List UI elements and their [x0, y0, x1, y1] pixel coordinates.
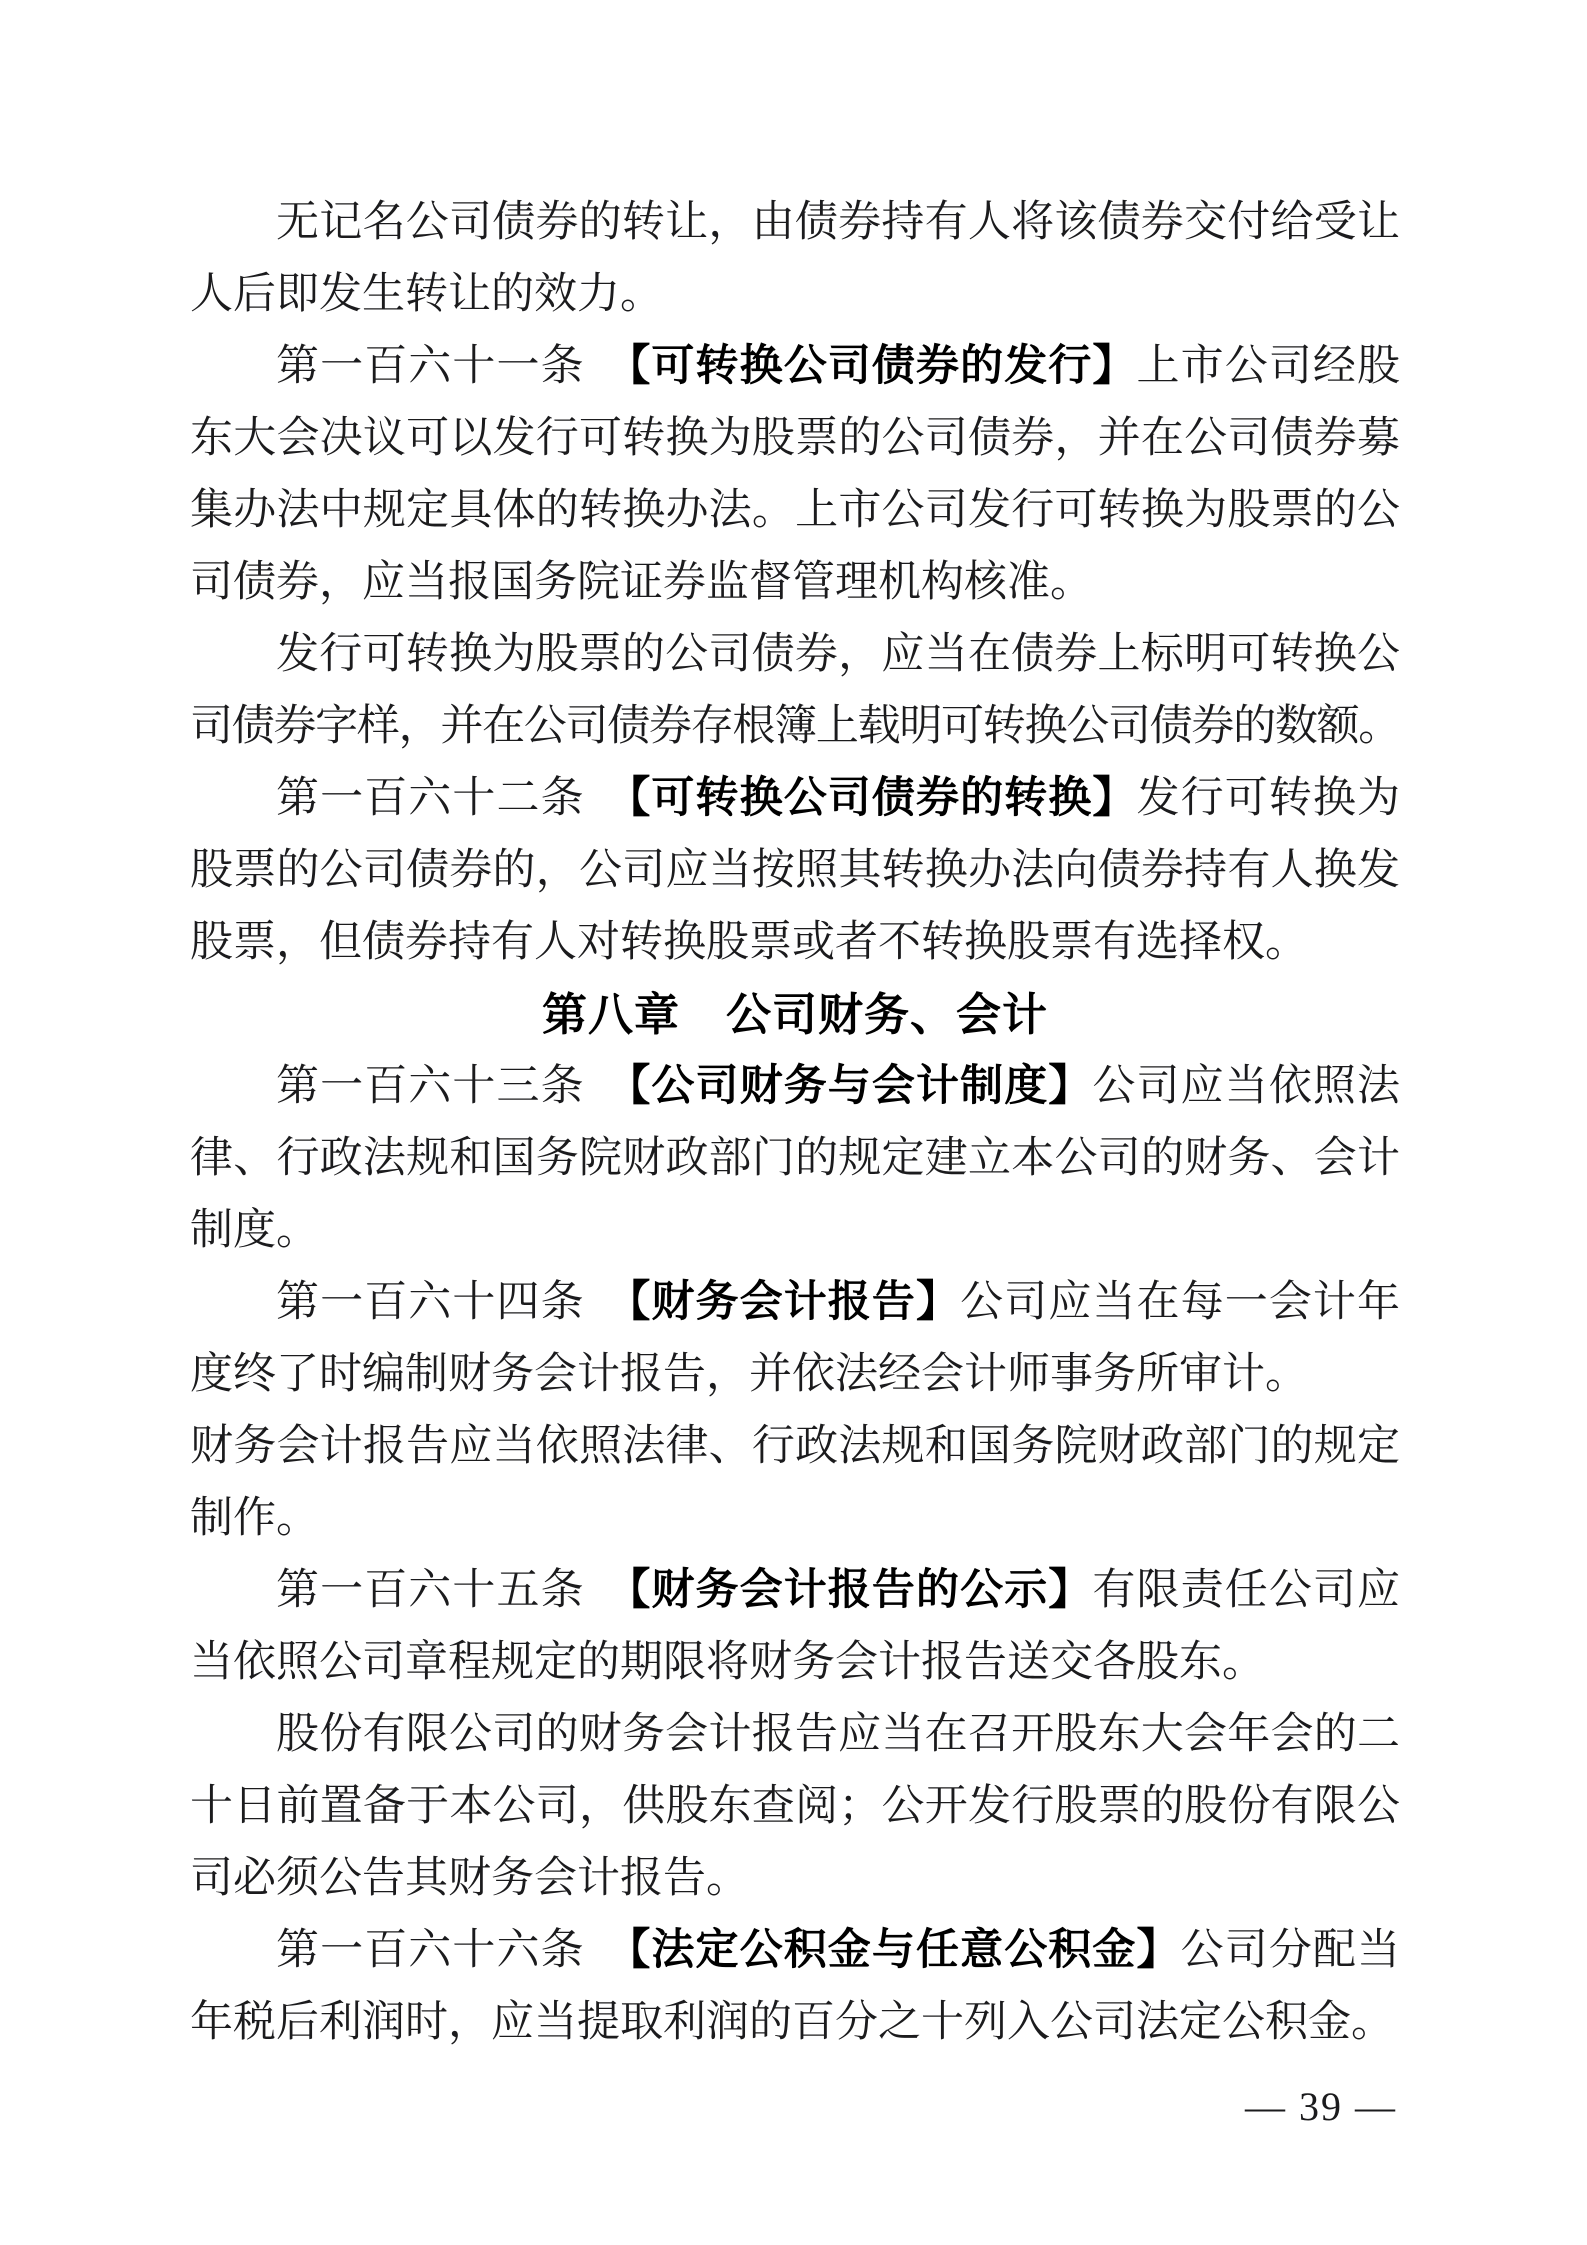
page-number: — 39 —	[1245, 2080, 1397, 2134]
line-text: 公司分配当	[1181, 1927, 1400, 1974]
line-text: 制度。	[190, 1207, 319, 1254]
line-text: 司必须公告其财务会计报告。	[190, 1855, 749, 1902]
text-line: 司债券字样，并在公司债券存根簿上载明可转换公司债券的数额。	[190, 691, 1400, 763]
text-line: 司必须公告其财务会计报告。	[190, 1843, 1400, 1915]
article-title: 【可转换公司债券的发行】	[629, 343, 1137, 390]
text-line: 第一百六十五条 【财务会计报告的公示】有限责任公司应	[190, 1555, 1400, 1627]
text-line: 第一百六十二条 【可转换公司债券的转换】发行可转换为	[190, 763, 1400, 835]
text-line: 发行可转换为股票的公司债券，应当在债券上标明可转换公	[190, 619, 1400, 691]
line-text: 股份有限公司的财务会计报告应当在召开股东大会年会的二	[276, 1711, 1400, 1758]
article-title: 【公司财务与会计制度】	[629, 1063, 1093, 1110]
line-text: 股票，但债券持有人对转换股票或者不转换股票有选择权。	[190, 919, 1308, 966]
line-text: 当依照公司章程规定的期限将财务会计报告送交各股东。	[190, 1639, 1265, 1686]
line-text: 度终了时编制财务会计报告，并依法经会计师事务所审计。	[190, 1351, 1308, 1398]
text-line: 第一百六十一条 【可转换公司债券的发行】上市公司经股	[190, 331, 1400, 403]
line-text: 公司应当依照法	[1092, 1063, 1400, 1110]
line-text: 十日前置备于本公司，供股东查阅；公开发行股票的股份有限公	[190, 1783, 1400, 1830]
text-line: 第一百六十四条 【财务会计报告】公司应当在每一会计年	[190, 1267, 1400, 1339]
article-number: 第一百六十六条	[276, 1927, 629, 1974]
text-line: 股票，但债券持有人对转换股票或者不转换股票有选择权。	[190, 907, 1400, 979]
page-number-text: — 39 —	[1245, 2084, 1397, 2129]
text-line: 度终了时编制财务会计报告，并依法经会计师事务所审计。	[190, 1339, 1400, 1411]
line-text: 无记名公司债券的转让，由债券持有人将该债券交付给受让	[276, 199, 1400, 246]
text-line: 第一百六十六条 【法定公积金与任意公积金】公司分配当	[190, 1915, 1400, 1987]
text-line: 财务会计报告应当依照法律、行政法规和国务院财政部门的规定	[190, 1411, 1400, 1483]
line-text: 财务会计报告应当依照法律、行政法规和国务院财政部门的规定	[190, 1423, 1400, 1470]
document-page: 无记名公司债券的转让，由债券持有人将该债券交付给受让 人后即发生转让的效力。 第…	[0, 0, 1587, 2245]
text-line: 东大会决议可以发行可转换为股票的公司债券，并在公司债券募	[190, 403, 1400, 475]
text-line: 当依照公司章程规定的期限将财务会计报告送交各股东。	[190, 1627, 1400, 1699]
line-text: 发行可转换为	[1137, 775, 1401, 822]
text-line: 制度。	[190, 1195, 1400, 1267]
line-text: 制作。	[190, 1495, 319, 1542]
chapter-heading-text: 第八章 公司财务、会计	[542, 989, 1048, 1040]
text-line: 第一百六十三条 【公司财务与会计制度】公司应当依照法	[190, 1051, 1400, 1123]
line-text: 司债券，应当报国务院证券监督管理机构核准。	[190, 559, 1093, 606]
line-text: 发行可转换为股票的公司债券，应当在债券上标明可转换公	[276, 631, 1400, 678]
line-text: 上市公司经股	[1137, 343, 1401, 390]
article-number: 第一百六十二条	[276, 775, 629, 822]
article-title: 【财务会计报告】	[629, 1279, 960, 1326]
text-line: 无记名公司债券的转让，由债券持有人将该债券交付给受让	[190, 187, 1400, 259]
article-title: 【法定公积金与任意公积金】	[629, 1927, 1181, 1974]
article-number: 第一百六十三条	[276, 1063, 629, 1110]
line-text: 东大会决议可以发行可转换为股票的公司债券，并在公司债券募	[190, 415, 1400, 462]
document-body: 无记名公司债券的转让，由债券持有人将该债券交付给受让 人后即发生转让的效力。 第…	[190, 187, 1400, 2059]
line-text: 股票的公司债券的，公司应当按照其转换办法向债券持有人换发	[190, 847, 1400, 894]
text-line: 律、行政法规和国务院财政部门的规定建立本公司的财务、会计	[190, 1123, 1400, 1195]
text-line: 年税后利润时，应当提取利润的百分之十列入公司法定公积金。	[190, 1987, 1400, 2059]
line-text: 律、行政法规和国务院财政部门的规定建立本公司的财务、会计	[190, 1135, 1400, 1182]
line-text: 有限责任公司应	[1092, 1567, 1400, 1614]
text-line: 司债券，应当报国务院证券监督管理机构核准。	[190, 547, 1400, 619]
line-text: 年税后利润时，应当提取利润的百分之十列入公司法定公积金。	[190, 1999, 1394, 2046]
line-text: 司债券字样，并在公司债券存根簿上载明可转换公司债券的数额。	[190, 703, 1400, 750]
article-title: 【财务会计报告的公示】	[629, 1567, 1093, 1614]
text-line: 股票的公司债券的，公司应当按照其转换办法向债券持有人换发	[190, 835, 1400, 907]
text-line: 十日前置备于本公司，供股东查阅；公开发行股票的股份有限公	[190, 1771, 1400, 1843]
chapter-heading: 第八章 公司财务、会计	[190, 979, 1400, 1051]
article-number: 第一百六十一条	[276, 343, 629, 390]
text-line: 制作。	[190, 1483, 1400, 1555]
article-number: 第一百六十四条	[276, 1279, 629, 1326]
text-line: 股份有限公司的财务会计报告应当在召开股东大会年会的二	[190, 1699, 1400, 1771]
text-line: 集办法中规定具体的转换办法。上市公司发行可转换为股票的公	[190, 475, 1400, 547]
article-number: 第一百六十五条	[276, 1567, 629, 1614]
line-text: 集办法中规定具体的转换办法。上市公司发行可转换为股票的公	[190, 487, 1400, 534]
line-text: 人后即发生转让的效力。	[190, 271, 663, 318]
line-text: 公司应当在每一会计年	[960, 1279, 1400, 1326]
article-title: 【可转换公司债券的转换】	[629, 775, 1137, 822]
text-line: 人后即发生转让的效力。	[190, 259, 1400, 331]
